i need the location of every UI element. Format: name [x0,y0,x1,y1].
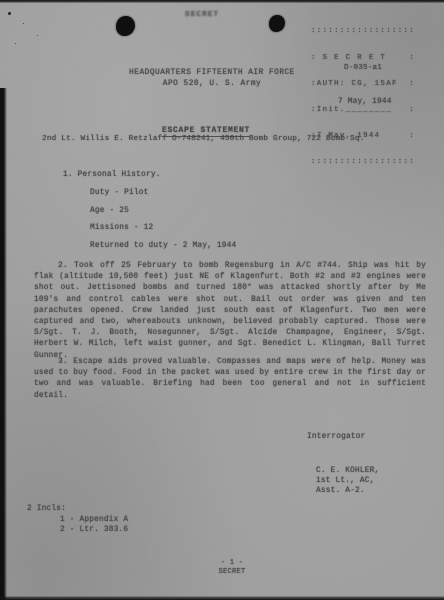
enclosure-item: 1 - Appendix A [60,516,128,524]
signature-rank: 1st Lt., AC, [316,476,379,486]
para2-narrative: 2. Took off 25 February to bomb Regensbu… [34,261,426,362]
scanned-document-page: SECRET :::::::::::::::::: : S E C R E T … [0,0,444,600]
stamp-box-row: : S E C R E T : [311,54,415,63]
stamp-box-row: :::::::::::::::::: [311,27,415,36]
para1-heading: 1. Personal History. [63,171,161,179]
para1-item-returned: Returned to duty - 2 May, 1944 [90,242,236,250]
subject-line: 2nd Lt. Willis E. Retzlaff O-748241, 450… [42,135,365,143]
footer-classification: SECRET [0,568,444,577]
secret-stamp-top: SECRET [185,11,219,19]
page-footer: - 1 - SECRET [0,559,444,577]
para1-item-age: Age - 25 [90,207,129,215]
punch-hole [116,16,135,36]
dust-specks [8,12,11,15]
signature-block: C. E. KOHLER, 1st Lt., AC, Asst. A-2. [316,466,379,496]
page-number: - 1 - [0,559,444,568]
signature-name: C. E. KOHLER, [316,466,379,476]
stamp-box-row: :::::::::::::::::: [311,158,415,167]
para1-item-duty: Duty - Pilot [90,189,149,197]
photo-edge-left [0,88,7,600]
punch-hole [269,15,285,32]
signature-position: Asst. A-2. [316,486,379,496]
enclosure-item: 2 - Ltr. 383.6 [60,526,128,534]
photo-edge-bottom [0,596,444,600]
letterhead-line1: HEADQUARTERS FIFTEENTH AIR FORCE [112,68,312,79]
signature-role: Interrogator [307,433,366,441]
letterhead: HEADQUARTERS FIFTEENTH AIR FORCE APO 520… [112,68,312,89]
para1-item-missions: Missions - 12 [90,224,153,232]
enclosures-label: 2 Incls: [27,505,66,513]
document-id: D-035-a1 [344,64,382,72]
letterhead-line2: APO 520, U. S. Army [112,79,312,90]
stamp-box-row: :Init.________ : [311,106,415,115]
para3-escape-aids: 3. Escape aids proved valuable. Compasse… [34,357,426,402]
document-date: 7 May, 1944 [338,98,392,106]
photo-edge-top [0,0,444,3]
stamp-box-row: :AUTH: CG, 15AF : [311,80,415,89]
